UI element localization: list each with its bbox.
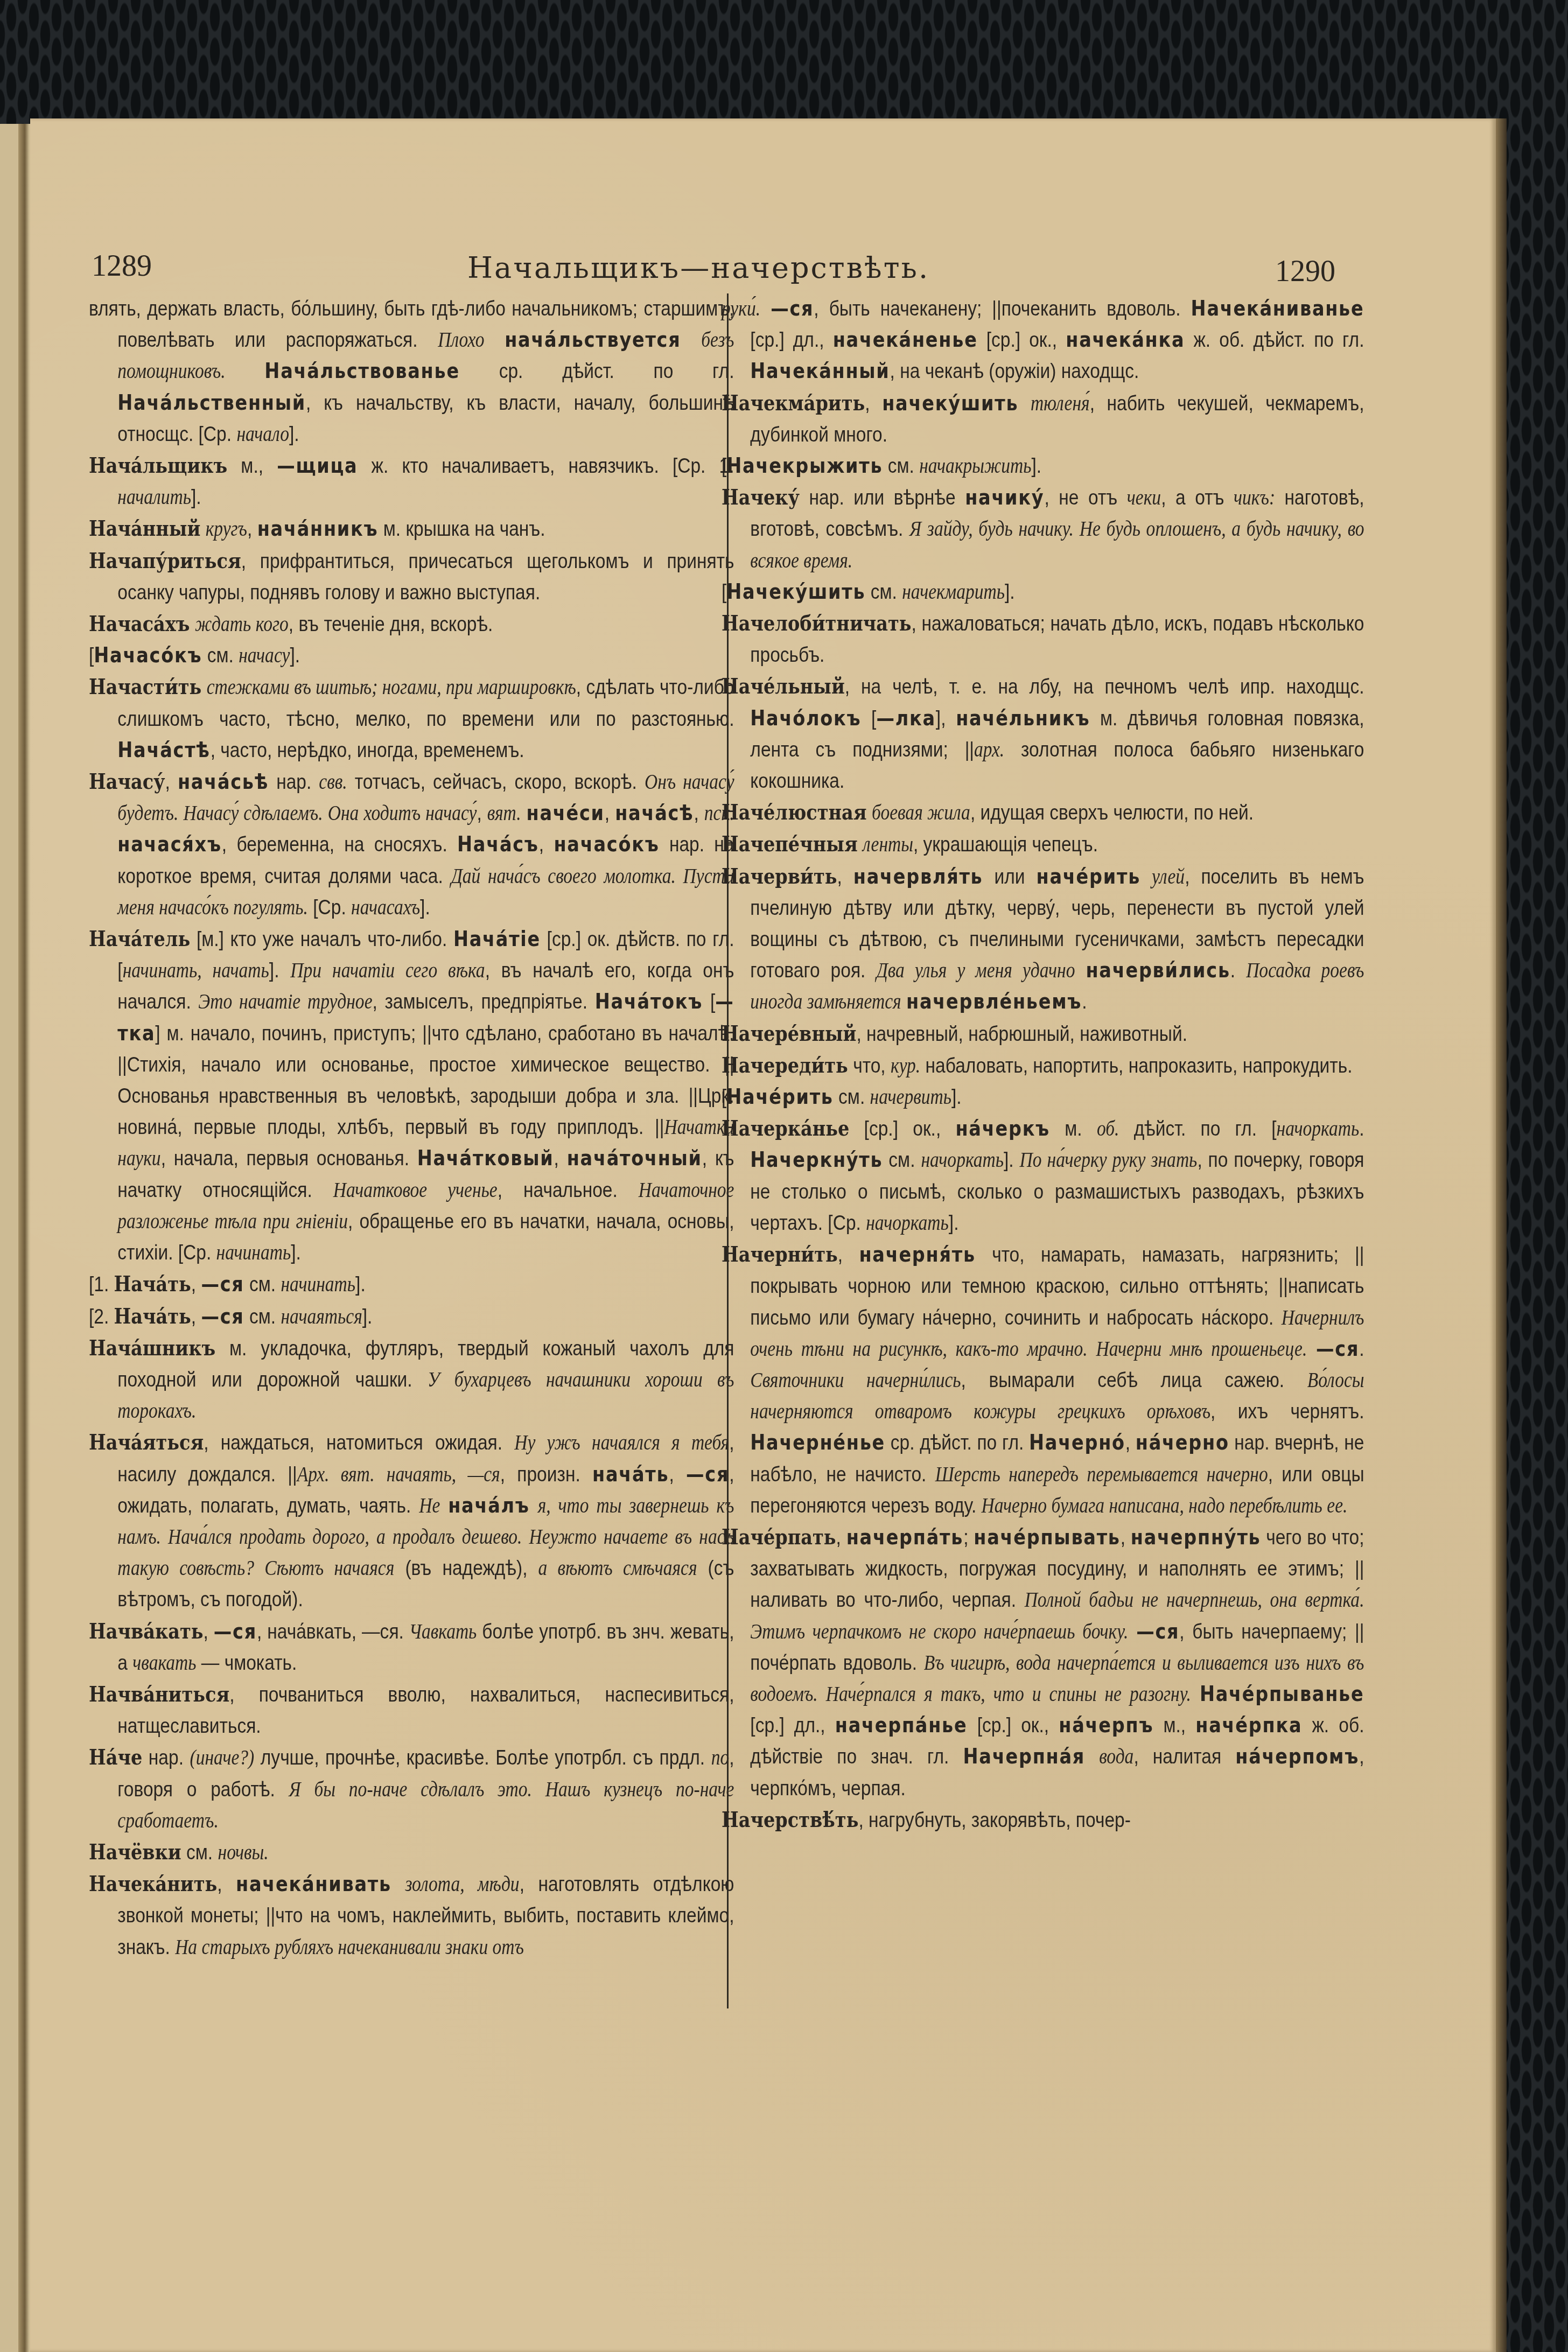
definition-text: м., <box>227 454 277 478</box>
definition-text: [ <box>861 707 876 730</box>
book-gutter-left <box>0 124 30 2352</box>
derived-form: начеку́шить <box>882 391 1018 416</box>
example-text: начаяться <box>281 1305 362 1328</box>
definition-text: ср. дѣйст. по гл. <box>885 1431 1029 1454</box>
derived-form: на́черно <box>1136 1431 1229 1455</box>
example-text: начервить <box>870 1086 951 1109</box>
example-text: кругъ <box>206 517 247 541</box>
derived-form: наче́рпка <box>1195 1713 1302 1738</box>
derived-form: Нача́льствованье <box>264 359 460 383</box>
derived-form: начервле́ньемъ <box>906 990 1082 1014</box>
example-text: ждать кого <box>195 613 289 636</box>
dictionary-entry: Начерни́ть, начерня́ть что, намарать, на… <box>722 1239 1364 1522</box>
definition-text: ]. <box>290 644 300 667</box>
derived-form: начерня́ть <box>859 1243 975 1267</box>
dictionary-entry: [Начекрыжить см. начакрыжить]. <box>722 451 1364 482</box>
definition-text: [ <box>722 1086 726 1109</box>
definition-text: см. <box>883 1149 921 1172</box>
definition-text: , <box>191 1273 201 1296</box>
definition-text <box>190 613 195 636</box>
example-text: начинать, начать <box>123 959 269 982</box>
definition-text: , <box>217 1873 236 1896</box>
headword: Начаса́хъ <box>89 612 190 636</box>
example-text: начоркать <box>866 1212 949 1235</box>
definition-text <box>484 328 505 352</box>
definition-text: нар. <box>269 771 319 794</box>
example-text: Шерсть напередъ перемывается начерно <box>935 1463 1268 1486</box>
page-number-right: 1290 <box>1275 254 1335 289</box>
definition-text: , <box>865 392 882 415</box>
example-text: По на́черку руку знать <box>1020 1149 1198 1172</box>
definition-text: ]. <box>1004 1149 1020 1172</box>
definition-text: , не отъ <box>1044 486 1126 509</box>
derived-form: —лка <box>876 706 935 731</box>
example-text: Плохо <box>438 328 484 352</box>
definition-text <box>1075 959 1086 982</box>
definition-text: . <box>1359 1338 1364 1361</box>
dictionary-entry: Наче́льный, на челѣ, т. е. на лбу, на пе… <box>722 671 1364 797</box>
example-text: боевая жила <box>872 801 970 824</box>
headword: Начере́вный <box>722 1021 856 1046</box>
definition-text: [ср.] ок., <box>978 328 1066 352</box>
derived-form: начека́ненье <box>833 328 978 352</box>
derived-form: Начека́нный <box>750 359 890 383</box>
headword: Нача́шникъ <box>89 1336 215 1361</box>
derived-form: Начерпна́я <box>963 1745 1085 1769</box>
definition-text: , <box>165 771 178 794</box>
definition-text: м. <box>1050 1117 1097 1140</box>
definition-text: , начальное. <box>498 1179 639 1202</box>
definition-text: , <box>837 865 853 888</box>
definition-text: дѣйст. по гл. [ <box>1119 1117 1276 1140</box>
definition-text: , нача́вкать, —ся. <box>257 1620 409 1643</box>
definition-text: [ <box>722 454 726 478</box>
definition-text: , наждаться, натомиться ожидая. <box>204 1431 514 1454</box>
derived-form: начерпну́ть <box>1131 1525 1261 1550</box>
definition-text: см. <box>244 1305 281 1328</box>
headword: Начеку́ <box>722 485 800 510</box>
definition-text: см. <box>883 454 919 478</box>
running-head: Начальщикъ—начерствѣть. <box>467 251 929 285</box>
definition-text: ]. <box>289 423 299 446</box>
definition-text: , <box>204 1620 214 1643</box>
headword: Нача́яться <box>89 1430 204 1455</box>
column-divider <box>727 293 729 2008</box>
dictionary-entry: Начере́вный, начревный, набрюшный, нажив… <box>722 1018 1364 1050</box>
definition-text <box>1140 865 1152 888</box>
example-text: начало <box>236 423 289 446</box>
headword: Наче́льный <box>722 674 845 699</box>
dictionary-entry: влять, держать власть, бо́льшину, быть г… <box>89 293 734 450</box>
derived-form: Начерно́ <box>1029 1431 1125 1455</box>
dictionary-entry: Начва́ниться, почваниться вволю, нахвали… <box>89 1679 734 1742</box>
dictionary-entry: Начаса́хъ ждать кого, въ теченіе дня, вс… <box>89 608 734 640</box>
definition-text <box>440 1494 448 1517</box>
example-text: начоркать <box>921 1149 1004 1172</box>
derived-form: наче́льникъ <box>956 706 1090 731</box>
derived-form: на́черпомъ <box>1235 1745 1359 1769</box>
dictionary-entry: Начереди́ть что, кур. набаловать, напорт… <box>722 1050 1364 1082</box>
definition-text <box>530 1494 538 1517</box>
definition-text: , въ теченіе дня, вскорѣ. <box>289 613 493 636</box>
derived-form: Нача́токъ <box>595 990 703 1014</box>
derived-form: нача́ть <box>592 1462 669 1487</box>
definition-text: , <box>554 1147 567 1170</box>
right-column: руки́. —ся, быть начеканену; ||почеканит… <box>722 293 1335 1836</box>
example-text: начакрыжить <box>919 454 1031 478</box>
derived-form: Начека́ниванье <box>1191 297 1364 321</box>
derived-form: нача́сьѣ <box>178 770 269 794</box>
definition-text: , <box>247 517 257 541</box>
derived-form: Начо́локъ <box>750 706 861 731</box>
dictionary-entry: Начекма́рить, начеку́шить тюленя́, набит… <box>722 388 1364 451</box>
dictionary-entry: Нача́тель [м.] кто уже началъ что-либо. … <box>89 923 734 1269</box>
definition-text: , нагрубнуть, закорявѣть, почер- <box>858 1809 1130 1832</box>
dictionary-entry: [Начасо́къ см. начасу]. <box>89 640 734 671</box>
dictionary-entry: Нача́нный кругъ, нача́нникъ м. крышка на… <box>89 513 734 545</box>
derived-form: —ся <box>1316 1337 1359 1361</box>
definition-text: что, <box>848 1054 891 1077</box>
derived-form: начику́ <box>965 486 1044 510</box>
definition-text: (въ надеждѣ), <box>394 1557 538 1580</box>
dictionary-entry: Начасу́, нача́сьѣ нар. свв. тотчасъ, сей… <box>89 766 734 923</box>
definition-text: , <box>669 1463 686 1486</box>
definition-text: ], <box>936 707 956 730</box>
dictionary-entry: Начасти́ть стежками въ шитьѣ; ногами, пр… <box>89 671 734 766</box>
definition-text <box>760 297 771 320</box>
derived-form: Наче́рпыванье <box>1200 1682 1364 1706</box>
definition-text: см. <box>244 1273 281 1296</box>
headword: Наче́люстная <box>722 800 867 825</box>
definition-text: лучше, прочнѣе, красивѣе. Болѣе употрбл.… <box>254 1746 711 1769</box>
definition-text: ]. <box>1032 454 1042 478</box>
derived-form: —ся <box>1136 1620 1179 1644</box>
derived-form: начека́нивать <box>236 1872 391 1896</box>
example-text: Начерно бумага написана, надо перебѣлить… <box>982 1494 1348 1517</box>
example-text: Арх. вят. <box>297 1463 375 1486</box>
definition-text: , украшающія чепецъ. <box>913 833 1098 856</box>
example-text: чикъ: <box>1234 486 1275 509</box>
definition-text <box>867 801 872 824</box>
definition-text: , ихъ чернятъ. <box>1210 1400 1364 1423</box>
dictionary-entry: Начеку́ нар. или вѣрнѣе начику́, не отъ … <box>722 482 1364 577</box>
definition-text: , быть начеканену; ||почеканить вдоволь. <box>814 297 1191 320</box>
headword: Нача́льщикъ <box>89 453 227 478</box>
definition-text: м. крышка на чанъ. <box>378 517 545 541</box>
definition-text: . <box>1230 959 1246 982</box>
example-text: На старыхъ рубляхъ начеканивали знаки от… <box>175 1936 524 1959</box>
example-text: Два улья у меня удачно <box>876 959 1075 982</box>
headword: Наче́рпать <box>722 1525 836 1550</box>
example-text: золота, мѣди <box>405 1873 519 1896</box>
definition-text: ]. <box>191 486 201 509</box>
dictionary-entry: На́че нар. (иначе?) лучше, прочнѣе, крас… <box>89 1742 734 1837</box>
page-edge-shadow <box>1496 118 1507 2352</box>
definition-text <box>201 676 206 699</box>
definition-text: , начала, первыя основанья. <box>161 1147 417 1170</box>
example-text: Это начатіе трудное <box>198 990 372 1013</box>
definition-text: , а отъ <box>1161 486 1234 509</box>
headword: Начерви́ть <box>722 864 837 889</box>
headword: Нача́ть <box>114 1304 191 1329</box>
definition-text <box>681 328 701 352</box>
headword: На́че <box>89 1745 142 1770</box>
example-text: вят. <box>487 802 521 825</box>
derived-form: Наче́рить <box>726 1085 833 1109</box>
definition-text: ср. дѣйст. по гл. <box>460 360 734 383</box>
definition-text: см. <box>865 580 902 604</box>
dictionary-entry: [2. Нача́ть, —ся см. начаяться]. <box>89 1301 734 1333</box>
headword: Начва́кать <box>89 1619 204 1644</box>
dictionary-entry: Начерствѣ́ть, нагрубнуть, закорявѣть, по… <box>722 1804 1364 1836</box>
derived-form: —ся <box>214 1620 257 1644</box>
derived-form: Нача́льственный <box>117 391 306 415</box>
definition-text <box>901 990 906 1013</box>
dictionary-entry: Нача́льщикъ м., —щица ж. кто началиваетъ… <box>89 450 734 513</box>
definition-text: [ <box>89 644 94 667</box>
headword: Нача́тель <box>89 927 190 951</box>
headword: Нача́ть <box>114 1272 191 1297</box>
dictionary-entry: Нача́шникъ м. укладочка, футляръ, тверды… <box>89 1333 734 1427</box>
headword: Начепе́чныя <box>722 832 858 857</box>
derived-form: Нача́съ <box>457 832 539 857</box>
definition-text: или <box>983 865 1037 888</box>
definition-text <box>226 360 265 383</box>
derived-form: наче́си <box>527 801 605 825</box>
example-text: Не <box>419 1494 440 1517</box>
definition-text: [м.] кто уже началъ что-либо. <box>190 928 453 951</box>
definition-text: — чмокать. <box>197 1651 297 1675</box>
definition-text: ]. <box>355 1273 366 1296</box>
definition-text: см. <box>834 1086 870 1109</box>
definition-text: [ср.] ок., <box>968 1714 1059 1737</box>
example-text: чеки <box>1127 486 1161 509</box>
definition-text: [1. <box>89 1273 114 1296</box>
derived-form: на́черпъ <box>1059 1713 1153 1738</box>
derived-form: начерпа́нье <box>835 1713 968 1738</box>
definition-text: м., <box>1153 1714 1195 1737</box>
definition-text: [ <box>722 580 726 604</box>
derived-form: —ся <box>201 1305 244 1329</box>
derived-form: нача́сѣ <box>615 801 694 825</box>
derived-form: нача́точный <box>567 1146 702 1171</box>
definition-text: см. <box>202 644 239 667</box>
left-column: влять, держать власть, бо́льшину, быть г… <box>89 293 705 1963</box>
dictionary-entry: [1. Нача́ть, —ся см. начинать]. <box>89 1269 734 1300</box>
definition-text <box>1085 1745 1099 1768</box>
definition-text: , <box>694 802 704 825</box>
derived-form: начасо́къ <box>554 832 659 857</box>
definition-text: ]. <box>420 896 430 919</box>
derived-form: Нача́стѣ <box>117 738 210 762</box>
definition-text: , беременна, на сносяхъ. <box>222 833 457 856</box>
definition-text: нар. или вѣрнѣе <box>800 486 965 509</box>
derived-form: Начерне́нье <box>750 1431 885 1455</box>
headword: Начапу́риться <box>89 549 241 573</box>
derived-form: Начеркну́ть <box>750 1148 883 1172</box>
example-text: вода <box>1099 1745 1133 1768</box>
definition-text: , произн. <box>500 1463 592 1486</box>
example-text: При начатіи сего вѣка <box>290 959 485 982</box>
definition-text: , <box>1121 1526 1131 1549</box>
definition-text: [ <box>703 990 715 1013</box>
example-text: ленты <box>863 833 913 856</box>
example-text: Чавкать <box>409 1620 477 1643</box>
definition-text: ]. <box>362 1305 373 1328</box>
dictionary-entry: Начерка́нье [ср.] ок., на́черкъ м. об. д… <box>722 1113 1364 1239</box>
dictionary-entry: Начёвки см. ночвы. <box>89 1837 734 1868</box>
headword: Начва́ниться <box>89 1682 229 1707</box>
definition-text: ]. <box>291 1241 301 1264</box>
derived-form: на́черкъ <box>955 1117 1050 1141</box>
page-header: 1289 Начальщикъ—начерствѣть. 1290 <box>65 249 1335 286</box>
derived-form: наче́рить <box>1037 865 1141 889</box>
headword: Начасти́ть <box>89 675 201 699</box>
dictionary-entry: Начерви́ть, начервля́ть или наче́рить ул… <box>722 861 1364 1018</box>
definition-text <box>1191 1683 1200 1706</box>
definition-text: [Ср. <box>308 896 351 919</box>
headword: Начерствѣ́ть <box>722 1808 858 1832</box>
definition-text: ; <box>963 1526 974 1549</box>
definition-text: , начревный, набрюшный, наживотный. <box>856 1023 1187 1046</box>
example-text: улей <box>1152 865 1185 888</box>
dictionary-entry: Начека́нить, начека́нивать золота, мѣди,… <box>89 1868 734 1963</box>
definition-text: . <box>1359 1117 1364 1140</box>
derived-form: начерви́лись <box>1086 958 1230 983</box>
example-text: свв. <box>319 771 347 794</box>
headword: Начёвки <box>89 1840 181 1865</box>
page-number-left: 1289 <box>92 249 152 283</box>
example-text: кур. <box>891 1054 920 1077</box>
dictionary-entry: Начелоби́тничать, нажаловаться; начать д… <box>722 608 1364 671</box>
definition-text: ж. об. дѣйст. по гл. <box>1185 328 1364 352</box>
definition-text <box>375 1463 387 1486</box>
definition-text <box>1018 392 1031 415</box>
example-text: начоркать <box>1277 1117 1360 1140</box>
derived-form: начася́хъ <box>117 832 221 857</box>
example-text: начасу <box>239 644 290 667</box>
headword: Начереди́ть <box>722 1053 848 1078</box>
definition-text: ]. <box>949 1212 959 1235</box>
example-text: арх. <box>974 738 1004 761</box>
definition-text: набаловать, напортить, напроказить, напр… <box>920 1054 1352 1077</box>
example-text: (иначе?) <box>190 1746 255 1769</box>
definition-text <box>858 833 863 856</box>
headword: Начелоби́тничать <box>722 611 912 636</box>
headword: Начасу́ <box>89 769 165 794</box>
definition-text: , <box>838 1243 859 1266</box>
derived-form: —ся <box>771 297 814 321</box>
definition-text: тотчасъ, сейчасъ, скоро, вскорѣ. <box>347 771 645 794</box>
headword: Начека́нить <box>89 1872 217 1896</box>
dictionary-entry: руки́. —ся, быть начеканену; ||почеканит… <box>722 293 1364 388</box>
definition-text: , на чеканѣ (оружіи) находщс. <box>890 360 1139 383</box>
definition-text: [ср.] дл., <box>750 328 832 352</box>
example-text: начасахъ <box>351 896 420 919</box>
example-text: чвакать <box>132 1651 196 1675</box>
definition-text: см. <box>181 1841 218 1864</box>
derived-form: —ся <box>201 1272 244 1297</box>
definition-text: , <box>191 1305 201 1328</box>
derived-form: начека́нка <box>1066 328 1185 352</box>
derived-form: наче́рпывать <box>974 1525 1121 1550</box>
definition-text: , налитая <box>1133 1745 1235 1768</box>
example-text: тюленя́ <box>1031 392 1090 415</box>
definition-text: ] м. начало, починъ, приступъ; ||что сдѣ… <box>117 1022 734 1139</box>
example-text: стежками въ шитьѣ; ногами, при маршировк… <box>207 676 576 699</box>
definition-text <box>391 1873 405 1896</box>
derived-form: Начеку́шить <box>726 580 865 604</box>
dictionary-entry: Наче́люстная боевая жила, идущая сверхъ … <box>722 797 1364 829</box>
definition-text: , <box>605 802 615 825</box>
headword: Начерни́ть <box>722 1242 838 1267</box>
dictionary-entry: [Начеку́шить см. начекмарить]. <box>722 577 1364 608</box>
derived-form: Нача́тковый <box>417 1146 554 1171</box>
example-text: началить <box>117 486 191 509</box>
derived-form: Начекрыжить <box>726 454 883 478</box>
dictionary-entry: Начапу́риться, прифрантиться, причесатьс… <box>89 545 734 608</box>
derived-form: —щица <box>277 454 358 478</box>
dictionary-entry: Нача́яться, наждаться, натомиться ожидая… <box>89 1427 734 1615</box>
dictionary-entry: Начепе́чныя ленты, украшающія чепецъ. <box>722 829 1364 860</box>
definition-text: , идущая сверхъ челюсти, по ней. <box>970 801 1254 824</box>
definition-text: , <box>477 802 487 825</box>
definition-text <box>200 517 205 541</box>
definition-text <box>521 802 527 825</box>
definition-text <box>1128 1620 1136 1643</box>
definition-text: , часто, нерѣдко, иногда, временемъ. <box>211 739 524 762</box>
definition-text: ]. <box>951 1086 962 1109</box>
definition-text: , замыселъ, предпріятье. <box>373 990 595 1013</box>
definition-text: , вымарали себѣ лица сажею. <box>961 1369 1307 1392</box>
definition-text: ж. кто началиваетъ, навязчикъ. [Ср. 1. <box>358 454 734 478</box>
headword: Начекма́рить <box>722 391 865 416</box>
definition-text <box>1307 1338 1316 1361</box>
derived-form: нача́льствуется <box>505 328 681 352</box>
dictionary-entry: [Наче́рить см. начервить]. <box>722 1082 1364 1113</box>
dictionary-entry: Наче́рпать, начерпа́ть; наче́рпывать, на… <box>722 1522 1364 1804</box>
derived-form: Нача́тіе <box>453 927 541 951</box>
definition-text: ]. <box>1005 580 1015 604</box>
example-text: Ну ужъ начаялся я тебя <box>514 1431 729 1454</box>
example-text: Святочники начерни́лись <box>750 1369 961 1392</box>
example-text: начинать <box>281 1273 355 1296</box>
example-text: начаять, —ся <box>387 1463 500 1486</box>
example-text: об. <box>1097 1117 1119 1140</box>
example-text: а вѣютъ смѣчаяся <box>538 1557 697 1580</box>
definition-text: . <box>1082 990 1087 1013</box>
definition-text: [ср.] ок., <box>849 1117 955 1140</box>
example-text: начинать <box>216 1241 291 1264</box>
example-text: Начатковое ученье <box>333 1179 498 1202</box>
derived-form: нача́нникъ <box>257 517 379 541</box>
derived-form: нача́лъ <box>448 1494 530 1518</box>
definition-text: , <box>1125 1431 1136 1454</box>
definition-text: [ср.] дл., <box>750 1714 835 1737</box>
example-text: начекмарить <box>902 580 1005 604</box>
definition-text: [2. <box>89 1305 114 1328</box>
derived-form: Начасо́къ <box>94 643 202 668</box>
definition-text: нар. <box>142 1746 190 1769</box>
definition-text: , <box>836 1526 846 1549</box>
definition-text: , <box>539 833 554 856</box>
definition-text: ]. <box>269 959 291 982</box>
example-text: ночвы. <box>218 1841 269 1864</box>
headword: Начерка́нье <box>722 1116 849 1141</box>
derived-form: начервля́ть <box>853 865 983 889</box>
headword: Нача́нный <box>89 516 200 541</box>
dictionary-entry: Начва́кать, —ся, нача́вкать, —ся. Чавкат… <box>89 1616 734 1679</box>
